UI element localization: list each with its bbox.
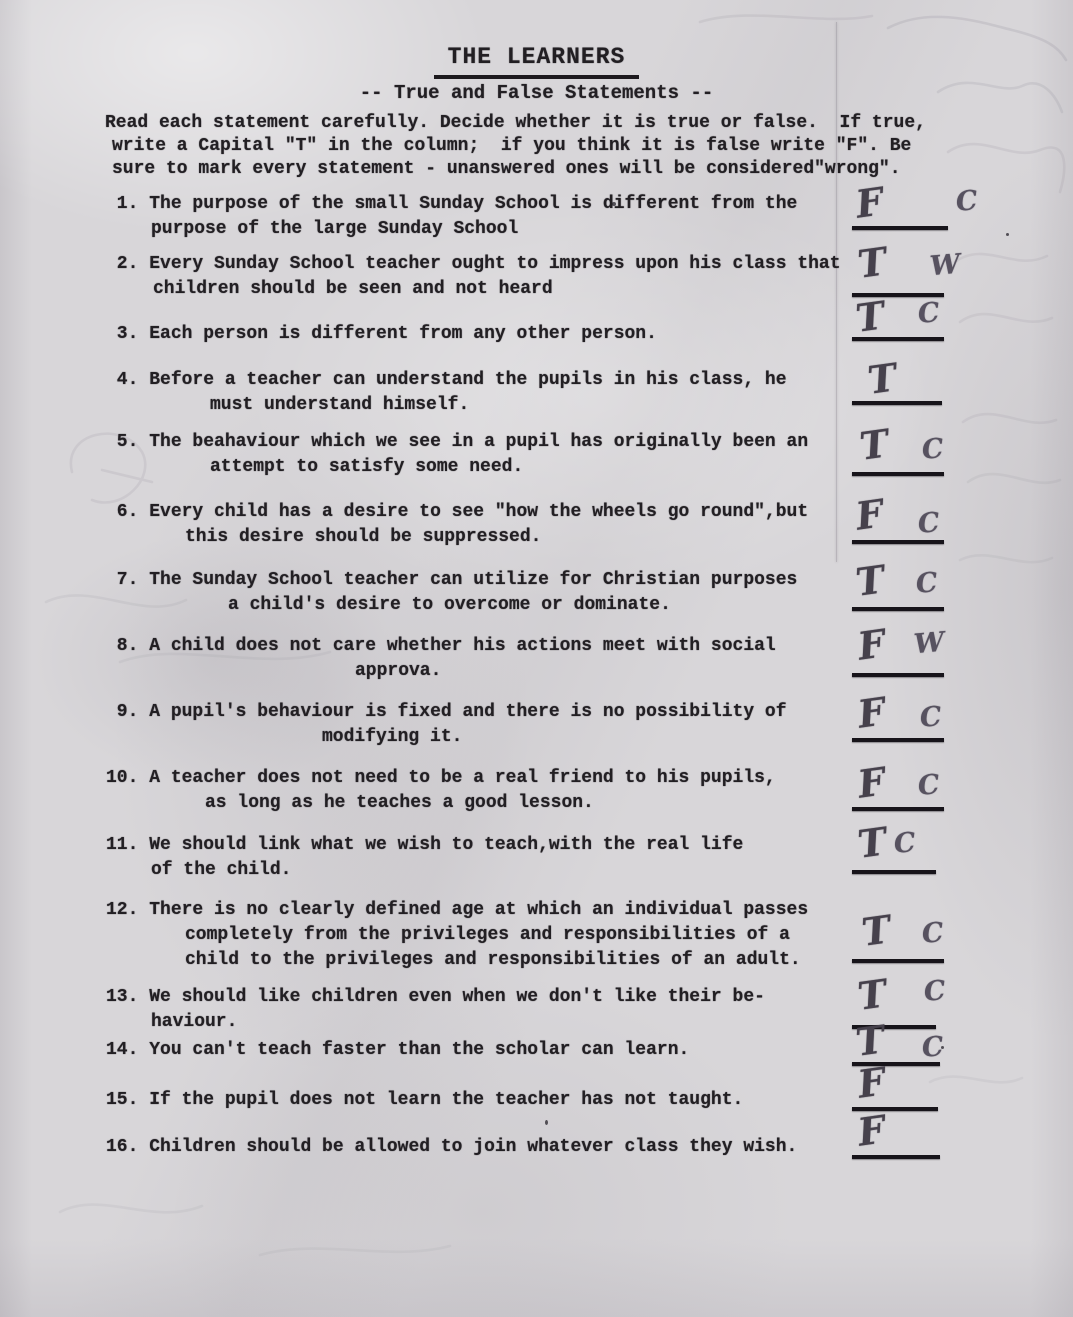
- answer-line: [852, 807, 944, 811]
- handwritten-answer: T: [855, 822, 888, 864]
- statement-item: 5. The beahaviour which we see in a pupi…: [106, 430, 886, 480]
- answer-line: [852, 738, 944, 742]
- statement-text: The beahaviour which we see in a pupil h…: [149, 432, 808, 452]
- statement-text: this desire should be suppressed.: [185, 525, 886, 550]
- handwritten-answer: T: [855, 242, 888, 284]
- answer-line: [852, 673, 944, 677]
- statement-first-line: 2. Every Sunday School teacher ought to …: [106, 252, 886, 277]
- statement-text: There is no clearly defined age at which…: [149, 900, 808, 920]
- handwritten-answer: T: [853, 296, 886, 338]
- statement-first-line: 4. Before a teacher can understand the p…: [106, 368, 886, 393]
- statement-item: 3. Each person is different from any oth…: [106, 322, 886, 347]
- statement-text: children should be seen and not heard: [153, 277, 886, 302]
- item-number: 13.: [106, 987, 149, 1007]
- grade-mark: C: [921, 1033, 945, 1062]
- statement-text: completely from the privileges and respo…: [185, 923, 886, 948]
- answer-line: [852, 607, 944, 611]
- scanned-document-page: THE LEARNERS -- True and False Statement…: [0, 0, 1073, 1317]
- item-number: 6.: [106, 502, 149, 522]
- handwritten-answer: T: [865, 358, 898, 400]
- item-number: 3.: [106, 324, 149, 344]
- grade-mark: W: [913, 629, 946, 659]
- statement-item: 13. We should like children even when we…: [106, 985, 886, 1035]
- statement-item: 10. A teacher does not need to be a real…: [106, 766, 886, 816]
- statement-text: The Sunday School teacher can utilize fo…: [149, 570, 797, 590]
- handwritten-answer: T: [855, 974, 888, 1016]
- statement-item: 6. Every child has a desire to see "how …: [106, 500, 886, 550]
- statement-text: must understand himself.: [210, 393, 886, 418]
- item-number: 2.: [106, 254, 149, 274]
- instruction-line: Read each statement carefully. Decide wh…: [105, 112, 926, 135]
- instruction-line: sure to mark every statement - unanswere…: [112, 158, 926, 181]
- statement-text: We should link what we wish to teach,wit…: [149, 835, 743, 855]
- grade-mark: C: [921, 919, 945, 948]
- statement-text: a child's desire to overcome or dominate…: [228, 593, 886, 618]
- grade-mark: C: [921, 435, 945, 464]
- instructions: Read each statement carefully. Decide wh…: [105, 112, 926, 181]
- statement-text: A pupil's behaviour is fixed and there i…: [149, 702, 786, 722]
- statement-text: child to the privileges and responsibili…: [185, 948, 886, 973]
- grade-mark: C: [915, 569, 939, 598]
- statement-text: Each person is different from any other …: [149, 324, 657, 344]
- answer-line: [852, 959, 944, 963]
- statement-first-line: 5. The beahaviour which we see in a pupi…: [106, 430, 886, 455]
- answer-line: [852, 401, 942, 405]
- statement-text: Every child has a desire to see "how the…: [149, 502, 808, 522]
- item-number: 10.: [106, 768, 149, 788]
- grade-mark: C: [917, 771, 941, 800]
- statement-text: Children should be allowed to join whate…: [149, 1137, 797, 1157]
- item-number: 14.: [106, 1040, 149, 1060]
- item-number: 4.: [106, 370, 149, 390]
- statement-text: A child does not care whether his action…: [149, 636, 776, 656]
- document-subtitle: -- True and False Statements --: [0, 82, 1073, 104]
- handwritten-answer: T: [853, 1020, 886, 1062]
- statement-first-line: 6. Every child has a desire to see "how …: [106, 500, 886, 525]
- statement-text: You can't teach faster than the scholar …: [149, 1040, 689, 1060]
- ink-speck: [545, 1120, 548, 1125]
- handwritten-answer: F: [855, 624, 887, 665]
- statement-first-line: 1. The purpose of the small Sunday Schoo…: [106, 192, 886, 217]
- item-number: 9.: [106, 702, 149, 722]
- statement-item: 14. You can't teach faster than the scho…: [106, 1038, 886, 1063]
- statement-text: as long as he teaches a good lesson.: [205, 791, 886, 816]
- handwritten-answer: F: [853, 494, 885, 535]
- handwritten-answer: T: [857, 424, 890, 466]
- grade-mark: C: [955, 187, 979, 216]
- statement-first-line: 13. We should like children even when we…: [106, 985, 886, 1010]
- handwritten-answer: F: [855, 762, 887, 803]
- statement-item: 16. Children should be allowed to join w…: [106, 1135, 886, 1160]
- grade-mark: C: [919, 703, 943, 732]
- answer-line: [852, 472, 944, 476]
- item-number: 12.: [106, 900, 149, 920]
- statement-text: of the child.: [151, 858, 886, 883]
- statement-first-line: 11. We should link what we wish to teach…: [106, 833, 886, 858]
- grade-mark: C: [893, 829, 917, 858]
- grade-mark: W: [929, 251, 962, 281]
- item-number: 15.: [106, 1090, 149, 1110]
- statement-text: attempt to satisfy some need.: [210, 455, 886, 480]
- statement-item: 4. Before a teacher can understand the p…: [106, 368, 886, 418]
- statement-text: We should like children even when we don…: [149, 987, 765, 1007]
- statement-first-line: 9. A pupil's behaviour is fixed and ther…: [106, 700, 886, 725]
- statement-first-line: 10. A teacher does not need to be a real…: [106, 766, 886, 791]
- statement-item: 12. There is no clearly defined age at w…: [106, 898, 886, 973]
- grade-mark: C: [917, 299, 941, 328]
- handwritten-answer: F: [855, 1062, 887, 1103]
- statement-item: 11. We should link what we wish to teach…: [106, 833, 886, 883]
- statement-item: 9. A pupil's behaviour is fixed and ther…: [106, 700, 886, 750]
- answer-line: [852, 540, 944, 544]
- statement-first-line: 3. Each person is different from any oth…: [106, 322, 886, 347]
- statement-first-line: 7. The Sunday School teacher can utilize…: [106, 568, 886, 593]
- statement-item: 7. The Sunday School teacher can utilize…: [106, 568, 886, 618]
- handwritten-answer: F: [855, 692, 887, 733]
- item-number: 8.: [106, 636, 149, 656]
- statement-text: Before a teacher can understand the pupi…: [149, 370, 786, 390]
- answer-line: [852, 1155, 940, 1159]
- statement-text: purpose of the large Sunday School: [151, 217, 886, 242]
- item-number: 5.: [106, 432, 149, 452]
- item-number: 11.: [106, 835, 149, 855]
- statement-text: haviour.: [151, 1010, 886, 1035]
- statement-text: approva.: [355, 659, 886, 684]
- statement-item: 8. A child does not care whether his act…: [106, 634, 886, 684]
- item-number: 1.: [106, 194, 149, 214]
- ink-speck: [1006, 233, 1009, 236]
- statement-text: The purpose of the small Sunday School i…: [149, 194, 797, 214]
- answer-line: [852, 226, 948, 230]
- handwritten-answer: F: [855, 1110, 887, 1151]
- statement-first-line: 12. There is no clearly defined age at w…: [106, 898, 886, 923]
- statement-item: 15. If the pupil does not learn the teac…: [106, 1088, 886, 1113]
- statement-item: 1. The purpose of the small Sunday Schoo…: [106, 192, 886, 242]
- statement-first-line: 15. If the pupil does not learn the teac…: [106, 1088, 886, 1113]
- answer-line: [852, 870, 936, 874]
- statement-text: modifying it.: [322, 725, 886, 750]
- grade-mark: C: [917, 509, 941, 538]
- handwritten-answer: T: [859, 910, 892, 952]
- handwritten-answer: T: [853, 560, 886, 602]
- statement-text: If the pupil does not learn the teacher …: [149, 1090, 743, 1110]
- document-title: THE LEARNERS: [434, 44, 640, 79]
- item-number: 16.: [106, 1137, 149, 1157]
- handwritten-answer: F: [853, 182, 885, 223]
- statement-first-line: 16. Children should be allowed to join w…: [106, 1135, 886, 1160]
- instruction-line: write a Capital "T" in the column; if yo…: [112, 135, 926, 158]
- grade-mark: C: [923, 977, 947, 1006]
- statement-first-line: 8. A child does not care whether his act…: [106, 634, 886, 659]
- statement-text: Every Sunday School teacher ought to imp…: [149, 254, 840, 274]
- statement-first-line: 14. You can't teach faster than the scho…: [106, 1038, 886, 1063]
- title-row: THE LEARNERS: [0, 44, 1073, 79]
- statement-item: 2. Every Sunday School teacher ought to …: [106, 252, 886, 302]
- statement-text: A teacher does not need to be a real fri…: [149, 768, 776, 788]
- item-number: 7.: [106, 570, 149, 590]
